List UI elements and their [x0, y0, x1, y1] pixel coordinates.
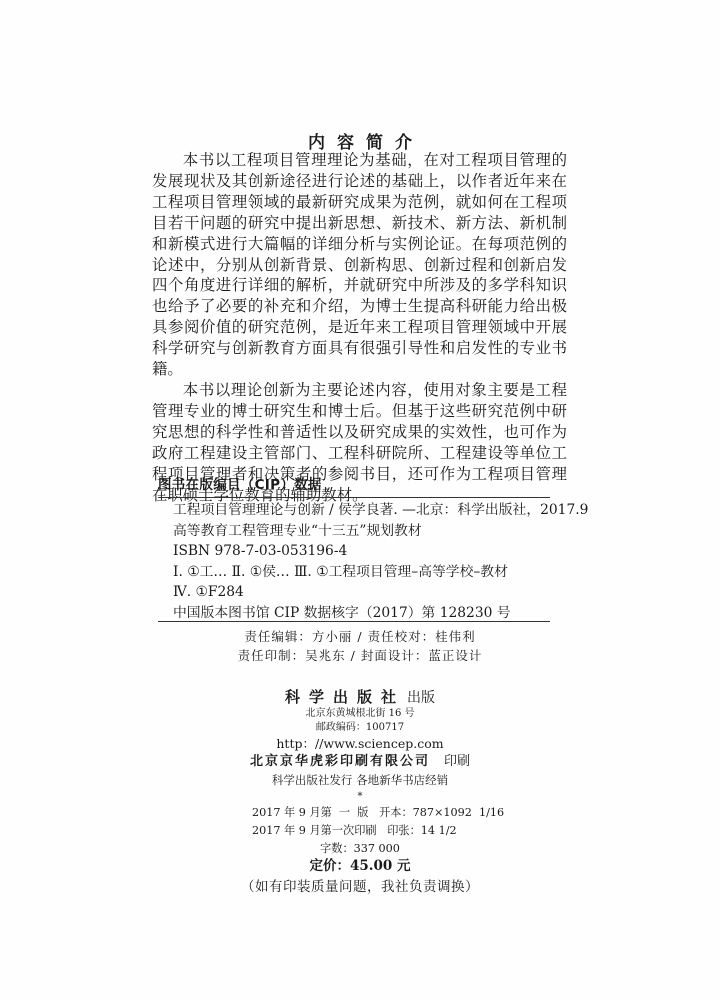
edition-line: 2017 年 9 月第 一 版 开本：787×1092 1/16: [252, 805, 504, 820]
price-value: 45.00 元: [350, 858, 410, 874]
publisher-line: 科学出版社出版: [0, 687, 720, 708]
cip-line-subjects: Ⅰ. ①工… Ⅱ. ①侯… Ⅲ. ①工程项目管理–高等学校–教材: [173, 562, 553, 583]
publisher-name: 科学出版社: [285, 688, 405, 706]
separator-asterisk: *: [0, 791, 720, 803]
credits-line-editors: 责任编辑：方小丽 / 责任校对：桂伟利: [0, 627, 720, 646]
cip-top-rule: [158, 497, 550, 498]
credits-line-production: 责任印制：吴兆东 / 封面设计：蓝正设计: [0, 646, 720, 665]
cip-heading: 图书在版编目（CIP）数据: [158, 476, 322, 494]
editorial-credits: 责任编辑：方小丽 / 责任校对：桂伟利 责任印制：吴兆东 / 封面设计：蓝正设计: [0, 627, 720, 665]
cip-line-classification: Ⅳ. ①F284: [173, 582, 553, 603]
distribution-line: 科学出版社发行 各地新华书店经销: [0, 772, 720, 789]
price-label: 定价：: [310, 858, 351, 874]
cip-bottom-rule: [158, 621, 550, 622]
cip-line-series: 高等教育工程管理专业“十三五”规划教材: [173, 521, 553, 542]
printer-name: 北京京华虎彩印刷有限公司: [250, 754, 430, 769]
printing-line: 2017 年 9 月第一次印刷 印张：14 1/2: [252, 823, 457, 838]
price-line: 定价：45.00 元: [0, 857, 720, 875]
publisher-address: 北京东黄城根北街 16 号: [0, 707, 720, 721]
publisher-postcode: 邮政编码：100717: [0, 721, 720, 735]
cip-line-isbn: ISBN 978-7-03-053196-4: [173, 541, 553, 562]
printer-suffix: 印刷: [444, 754, 470, 769]
cip-line-record-number: 中国版本图书馆 CIP 数据核字（2017）第 128230 号: [173, 603, 553, 624]
word-count: 字数：337 000: [0, 841, 720, 856]
summary-paragraph: 本书以工程项目管理理论为基础，在对工程项目管理的发展现状及其创新途径进行论述的基…: [152, 150, 567, 380]
printer-line: 北京京华虎彩印刷有限公司印刷: [0, 752, 720, 771]
cip-line-title: 工程项目管理理论与创新 / 侯学良著. —北京：科学出版社，2017.9: [173, 500, 553, 521]
publisher-suffix: 出版: [407, 690, 435, 706]
cip-data-block: 工程项目管理理论与创新 / 侯学良著. —北京：科学出版社，2017.9 高等教…: [173, 500, 553, 623]
quality-notice: （如有印装质量问题，我社负责调换）: [0, 877, 720, 897]
publisher-url: http：//www.sciencep.com: [0, 736, 720, 752]
summary-body: 本书以工程项目管理理论为基础，在对工程项目管理的发展现状及其创新途径进行论述的基…: [152, 150, 567, 505]
